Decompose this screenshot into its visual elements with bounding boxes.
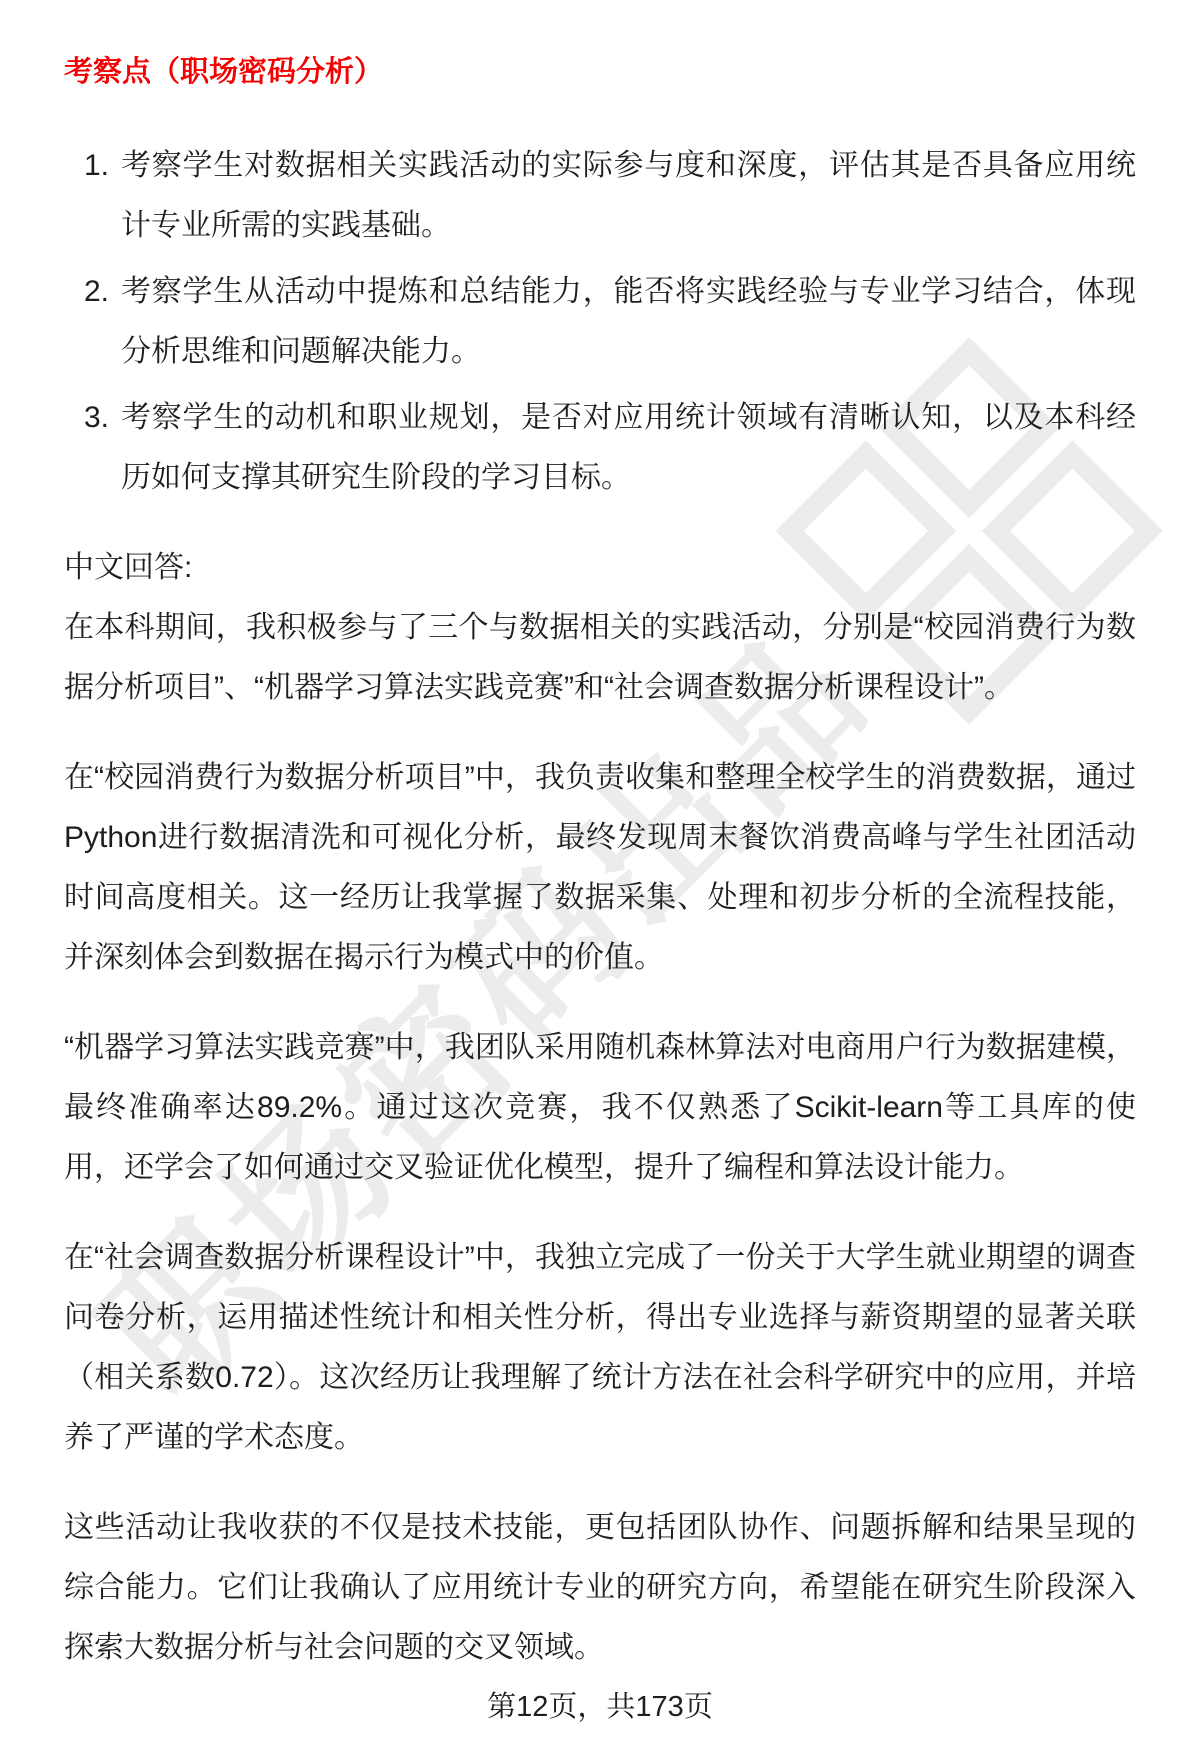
answer-label: 中文回答: [64,538,1136,598]
section-heading: 考察点（职场密码分析） [64,0,1136,92]
answer-paragraph: 在本科期间，我积极参与了三个与数据相关的实践活动，分别是“校园消费行为数据分析项… [64,598,1136,718]
list-item-number: 3. [84,388,121,448]
list-item-number: 2. [84,262,121,322]
list-item: 2. 考察学生从活动中提炼和总结能力，能否将实践经验与专业学习结合，体现分析思维… [64,262,1136,382]
list-item-text: 考察学生对数据相关实践活动的实际参与度和深度，评估其是否具备应用统计专业所需的实… [121,136,1136,256]
page-footer: 第12页，共173页 [0,1684,1200,1725]
list-item: 3. 考察学生的动机和职业规划，是否对应用统计领域有清晰认知，以及本科经历如何支… [64,388,1136,508]
answer-paragraph: 在“校园消费行为数据分析项目”中，我负责收集和整理全校学生的消费数据，通过Pyt… [64,748,1136,988]
list-item: 1. 考察学生对数据相关实践活动的实际参与度和深度，评估其是否具备应用统计专业所… [64,136,1136,256]
answer-paragraph: “机器学习算法实践竞赛”中，我团队采用随机森林算法对电商用户行为数据建模，最终准… [64,1018,1136,1198]
page-content: 考察点（职场密码分析） 1. 考察学生对数据相关实践活动的实际参与度和深度，评估… [0,0,1200,1678]
list-item-text: 考察学生从活动中提炼和总结能力，能否将实践经验与专业学习结合，体现分析思维和问题… [121,262,1136,382]
answer-paragraph: 这些活动让我收获的不仅是技术技能，更包括团队协作、问题拆解和结果呈现的综合能力。… [64,1498,1136,1678]
exam-points-list: 1. 考察学生对数据相关实践活动的实际参与度和深度，评估其是否具备应用统计专业所… [64,136,1136,508]
document-page: 职场密码出品 考察点（职场密码分析） 1. 考察学生对数据相关实践活动的实际参与… [0,0,1200,1755]
list-item-number: 1. [84,136,121,196]
answer-paragraph: 在“社会调查数据分析课程设计”中，我独立完成了一份关于大学生就业期望的调查问卷分… [64,1228,1136,1468]
list-item-text: 考察学生的动机和职业规划，是否对应用统计领域有清晰认知，以及本科经历如何支撑其研… [121,388,1136,508]
